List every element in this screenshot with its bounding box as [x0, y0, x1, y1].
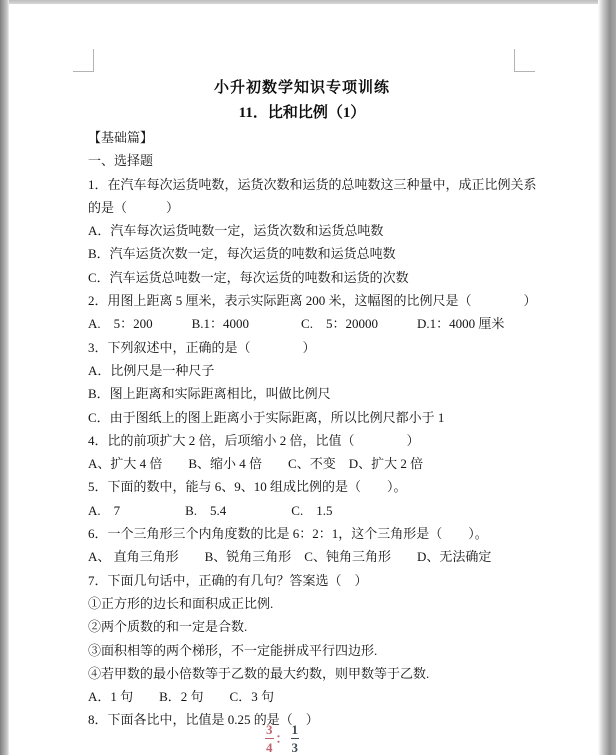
question-text: 4．比的前项扩大 2 倍，后项缩小 2 倍，比值（ ）	[88, 429, 533, 452]
document-body: 【基础篇】 一、选择题 1．在汽车每次运货吨数，运货次数和运货的总吨数这三种量中…	[88, 126, 533, 732]
document-viewer: 小升初数学知识专项训练 11．比和比例（1） 【基础篇】 一、选择题 1．在汽车…	[0, 0, 616, 755]
answer-option: C．由于图纸上的图上距离小于实际距离，所以比例尺都小于 1	[88, 406, 533, 429]
answer-option: B．图上距离和实际距离相比，叫做比例尺	[88, 382, 533, 405]
answer-option: A．比例尺是一种尺子	[88, 359, 533, 382]
margin-cropmark-topright-icon	[514, 49, 535, 72]
question-text: 5．下面的数中，能与 6、9、10 组成比例的是（ ）。	[88, 475, 533, 498]
section-heading: 【基础篇】	[88, 126, 533, 149]
answer-option: A．1 句 B．2 句 C．3 句	[88, 685, 533, 708]
question-text: 6．一个三角形三个内角度数的比是 6：2：1，这个三角形是（ ）。	[88, 522, 533, 545]
question-text: 7．下面几句话中，正确的有几句？答案选（ ）	[88, 569, 533, 592]
answer-option: A. 5：200 B.1：4000 C. 5：20000 D.1：4000 厘米	[88, 312, 533, 335]
fraction-denominator: 3	[291, 738, 300, 755]
answer-option: A、 直角三角形 B、锐角三角形 C、钝角三角形 D、无法确定	[88, 545, 533, 568]
ratio-colon: ：	[274, 730, 291, 747]
fraction-denominator: 4	[265, 738, 274, 755]
question-text: 1．在汽车每次运货吨数，运货次数和运货的总吨数这三种量中，成正比例关系	[88, 173, 533, 196]
margin-cropmark-topleft-icon	[73, 49, 94, 72]
statement-item: ④若甲数的最小倍数等于乙数的最大约数，则甲数等于乙数.	[88, 662, 533, 685]
document-page: 小升初数学知识专项训练 11．比和比例（1） 【基础篇】 一、选择题 1．在汽车…	[9, 4, 598, 755]
statement-item: ①正方形的边长和面积成正比例.	[88, 592, 533, 615]
answer-option: A. 7 B. 5.4 C. 1.5	[88, 499, 533, 522]
answer-option: C．汽车运货总吨数一定，每次运货的吨数和运货的次数	[88, 266, 533, 289]
answer-option: A、扩大 4 倍 B、缩小 4 倍 C、不变 D、扩大 2 倍	[88, 452, 533, 475]
window-left-edge	[0, 0, 9, 755]
fraction-numerator: 3	[266, 721, 273, 738]
fraction-one-third: 1 3	[291, 721, 300, 755]
question-text: 2．用图上距离 5 厘米，表示实际距离 200 米，这幅图的比例尺是（ ）	[88, 289, 533, 312]
answer-option: B．汽车运货次数一定，每次运货的吨数和运货总吨数	[88, 242, 533, 265]
statement-item: ②两个质数的和一定是合数.	[88, 615, 533, 638]
scrollbar-track[interactable]	[598, 0, 616, 755]
math-expression-ratio: 3 4 ： 1 3	[265, 721, 299, 755]
question-text: 3．下列叙述中，正确的是（ ）	[88, 336, 533, 359]
answer-option: A．汽车每次运货吨数一定，运货次数和运货总吨数	[88, 219, 533, 242]
statement-item: ③面积相等的两个梯形，不一定能拼成平行四边形.	[88, 639, 533, 662]
fraction-numerator: 1	[292, 721, 299, 738]
question-text: 的是（ ）	[88, 196, 533, 219]
question-text: 8．下面各比中，比值是 0.25 的是（ ）	[88, 708, 533, 731]
section-heading: 一、选择题	[88, 149, 533, 172]
fraction-three-fourths: 3 4	[265, 721, 274, 755]
document-title: 小升初数学知识专项训练	[88, 76, 516, 97]
document-subtitle: 11．比和比例（1）	[88, 101, 516, 122]
